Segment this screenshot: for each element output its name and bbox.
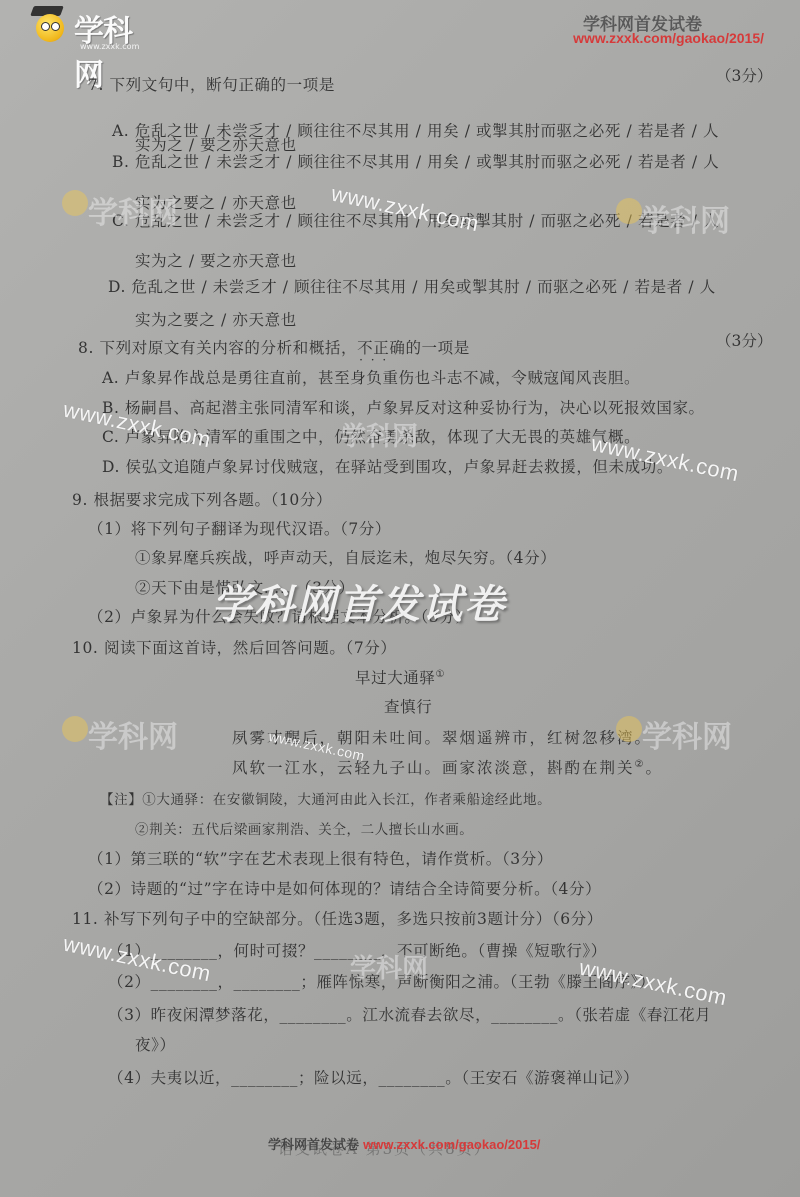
watermark-mascot-icon bbox=[62, 716, 88, 742]
watermark-mascot-icon bbox=[62, 190, 88, 216]
poem-title-note-marker: ① bbox=[436, 669, 446, 680]
watermark-mascot-icon bbox=[616, 716, 642, 742]
q8-option-a: A. 卢象昇作战总是勇往直前，甚至身负重伤也斗志不减，令贼寇闻风丧胆。 bbox=[102, 366, 640, 388]
watermark-logo: 学科网 bbox=[642, 712, 732, 756]
q7-score: （3分） bbox=[716, 64, 772, 86]
q11-item-3-cont: 夜》） bbox=[135, 1033, 176, 1055]
q10-sub2: （2）诗题的“过”字在诗中是如何体现的？请结合全诗简要分析。（4分） bbox=[88, 877, 601, 899]
poem-note-1: 【注】①大通驿：在安徽铜陵，大通河由此入长江，作者乘船途经此地。 bbox=[100, 788, 551, 808]
poem-line-2-end: 。 bbox=[645, 759, 663, 777]
q8-score: （3分） bbox=[716, 329, 772, 351]
q9-sub1: （1）将下列句子翻译为现代汉语。（7分） bbox=[88, 517, 391, 539]
q10-sub1: （1）第三联的“软”字在艺术表现上很有特色，请作赏析。（3分） bbox=[88, 847, 553, 869]
mascot-eye-icon bbox=[51, 22, 60, 31]
q10-stem: 10. 阅读下面这首诗，然后回答问题。（7分） bbox=[72, 636, 397, 658]
q7-option-c-line2: 实为之 / 要之亦天意也 bbox=[135, 249, 297, 271]
q8-option-b: B. 杨嗣昌、高起潜主张同清军和谈，卢象昇反对这种妥协行为，决心以死报效国家。 bbox=[102, 396, 705, 418]
poem-note-2: ②荆关：五代后梁画家荆浩、关仝，二人擅长山水画。 bbox=[135, 818, 473, 838]
watermark-logo: 学科网 bbox=[350, 948, 428, 985]
q7-option-b-line1: B. 危乱之世 / 未尝乏才 / 顾往往不尽其用 / 用矣 / 或掣其肘而驱之必… bbox=[112, 150, 719, 172]
logo-url: www.zxxk.com bbox=[80, 42, 139, 51]
mascot-eye-icon bbox=[41, 22, 50, 31]
q8-stem-emphasis: 不正确 bbox=[357, 339, 405, 357]
poem-line-2: 风软一江水，云轻九子山。画家浓淡意，斟酌在荆关②。 bbox=[232, 756, 663, 778]
footer-url[interactable]: www.zxxk.com/gaokao/2015/ bbox=[363, 1137, 540, 1152]
mascot-icon bbox=[36, 14, 64, 42]
poem-line-2-text: 风软一江水，云轻九子山。画家浓淡意，斟酌在荆关 bbox=[232, 759, 635, 777]
q11-item-3: （3）昨夜闲潭梦落花，________。江水流春去欲尽，________。（张若… bbox=[108, 1003, 711, 1025]
footer-brand: 学科网首发试卷 bbox=[268, 1138, 359, 1153]
watermark-mascot-icon bbox=[616, 198, 642, 224]
q11-item-4: （4）夫夷以近，________；险以远，________。（王安石《游褒禅山记… bbox=[108, 1066, 639, 1088]
poem-title-text: 早过大通驿 bbox=[355, 669, 436, 687]
poem-title: 早过大通驿① bbox=[355, 666, 445, 688]
watermark-logo: 学科网 bbox=[640, 196, 730, 240]
q9-stem: 9. 根据要求完成下列各题。（10分） bbox=[72, 488, 332, 510]
q11-stem: 11. 补写下列句子中的空缺部分。（任选3题，多选只按前3题计分）（6分） bbox=[72, 907, 603, 929]
q8-stem-post: 的一项是 bbox=[405, 339, 469, 357]
poem-author: 查慎行 bbox=[384, 695, 432, 717]
q7-option-d-line1: D. 危乱之世 / 未尝乏才 / 顾往往不尽其用 / 用矣或掣其肘 / 而驱之必… bbox=[108, 275, 716, 297]
watermark-banner: 学科网首发试卷 bbox=[212, 573, 506, 630]
watermark-logo: 学科网 bbox=[88, 712, 178, 756]
watermark-url: www.zxxk.com bbox=[589, 431, 741, 488]
watermark-logo: 学科网 bbox=[340, 416, 418, 453]
poem-line-2-note-marker: ② bbox=[635, 759, 646, 770]
page-footer: 语文试卷A 第3页（共8页） 学科网首发试卷 www.zxxk.com/gaok… bbox=[268, 1134, 540, 1153]
q9-sub1-item1: ①象昇麾兵疾战，呼声动天，自辰迄未，炮尽矢穷。（4分） bbox=[135, 546, 556, 568]
zxxk-logo: 学科网 www.zxxk.com bbox=[30, 4, 160, 56]
q8-stem-pre: 8. 下列对原文有关内容的分析和概括， bbox=[78, 339, 357, 357]
q7-stem: 7. 下列文句中，断句正确的一项是 bbox=[88, 73, 335, 95]
q8-stem: 8. 下列对原文有关内容的分析和概括，不正确的一项是 bbox=[78, 336, 470, 358]
header-url[interactable]: www.zxxk.com/gaokao/2015/ bbox=[573, 30, 764, 46]
exam-page: 学科网 www.zxxk.com 学科网首发试卷 www.zxxk.com/ga… bbox=[0, 0, 800, 1197]
watermark-logo: 学科网 bbox=[88, 188, 178, 232]
q8-option-d: D. 侯弘文追随卢象昇讨伐贼寇，在驿站受到围攻，卢象昇赶去救援，但未成功。 bbox=[102, 455, 673, 477]
q7-option-d-line2: 实为之要之 / 亦天意也 bbox=[135, 308, 297, 330]
